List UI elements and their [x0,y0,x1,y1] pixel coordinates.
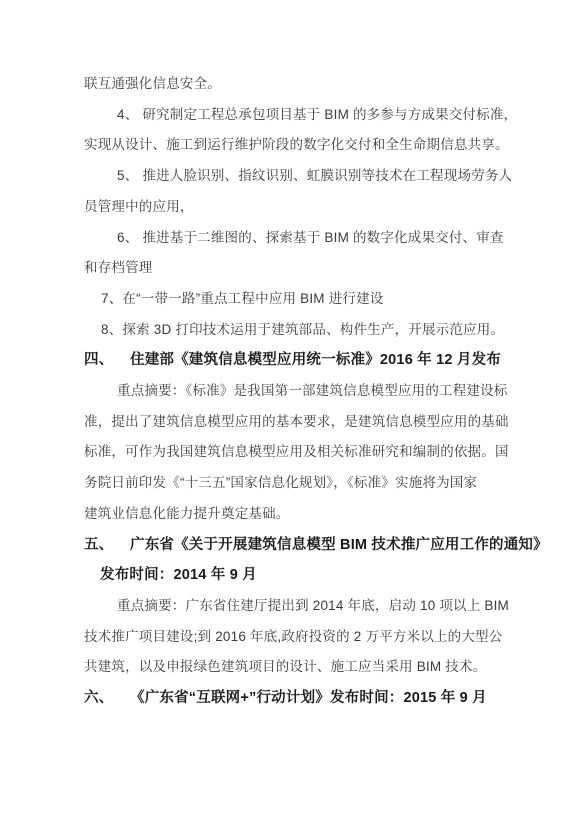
section-heading-4: 四、住建部《建筑信息模型应用统一标准》2016 年 12 月发布 [84,345,504,376]
text-line: 实现从设计、施工到运行维护阶段的数字化交付和全生命期信息共享。 [84,130,504,161]
text-line: 和存档管理 [84,253,504,284]
text-line: 4、 研究制定工程总承包项目基于 BIM 的多参与方成果交付标准， [84,100,504,131]
section-heading-5-cont: 发布时间：2014 年 9 月 [84,560,504,591]
text-line: 5、 推进人脸识别、指纹识别、虹膜识别等技术在工程现场劳务人 [84,161,504,192]
heading-number: 六、 [84,683,130,714]
text-line: 重点摘要：《标准》是我国第一部建筑信息模型应用的工程建设标 [84,376,504,407]
text-line: 8、探索 3D 打印技术运用于建筑部品、构件生产，开展示范应用。 [84,315,504,346]
text-line: 6、 推进基于二维图的、探索基于 BIM 的数字化成果交付、审查 [84,223,504,254]
text-line: 7、在“一带一路”重点工程中应用 BIM 进行建设 [84,284,504,315]
heading-text: 住建部《建筑信息模型应用统一标准》2016 年 12 月发布 [130,352,501,368]
text-line: 联互通强化信息安全。 [84,69,504,100]
text-line: 共建筑，以及申报绿色建筑项目的设计、施工应当采用 BIM 技术。 [84,652,504,683]
document-page: 联互通强化信息安全。 4、 研究制定工程总承包项目基于 BIM 的多参与方成果交… [0,0,580,820]
section-heading-5: 五、广东省《关于开展建筑信息模型 BIM 技术推广应用工作的通知》 [84,530,504,561]
text-line: 重点摘要：广东省住建厅提出到 2014 年底，启动 10 项以上 BIM [84,591,504,622]
text-line: 准，提出了建筑信息模型应用的基本要求，是建筑信息模型应用的基础 [84,407,504,438]
text-line: 建筑业信息化能力提升奠定基础。 [84,499,504,530]
heading-number: 五、 [84,530,130,561]
heading-text: 《广东省“互联网+”行动计划》发布时间：2015 年 9 月 [130,690,487,706]
section-heading-6: 六、《广东省“互联网+”行动计划》发布时间：2015 年 9 月 [84,683,504,714]
heading-number: 四、 [84,345,130,376]
text-line: 员管理中的应用， [84,192,504,223]
text-line: 务院日前印发《“十三五”国家信息化规划》，《标准》实施将为国家 [84,468,504,499]
text-line: 标准，可作为我国建筑信息模型应用及相关标准研究和编制的依据。国 [84,437,504,468]
document-text-block: 联互通强化信息安全。 4、 研究制定工程总承包项目基于 BIM 的多参与方成果交… [84,69,504,714]
text-line: 技术推广项目建设;到 2016 年底,政府投资的 2 万平方米以上的大型公 [84,622,504,653]
heading-text: 广东省《关于开展建筑信息模型 BIM 技术推广应用工作的通知》 [130,537,548,553]
